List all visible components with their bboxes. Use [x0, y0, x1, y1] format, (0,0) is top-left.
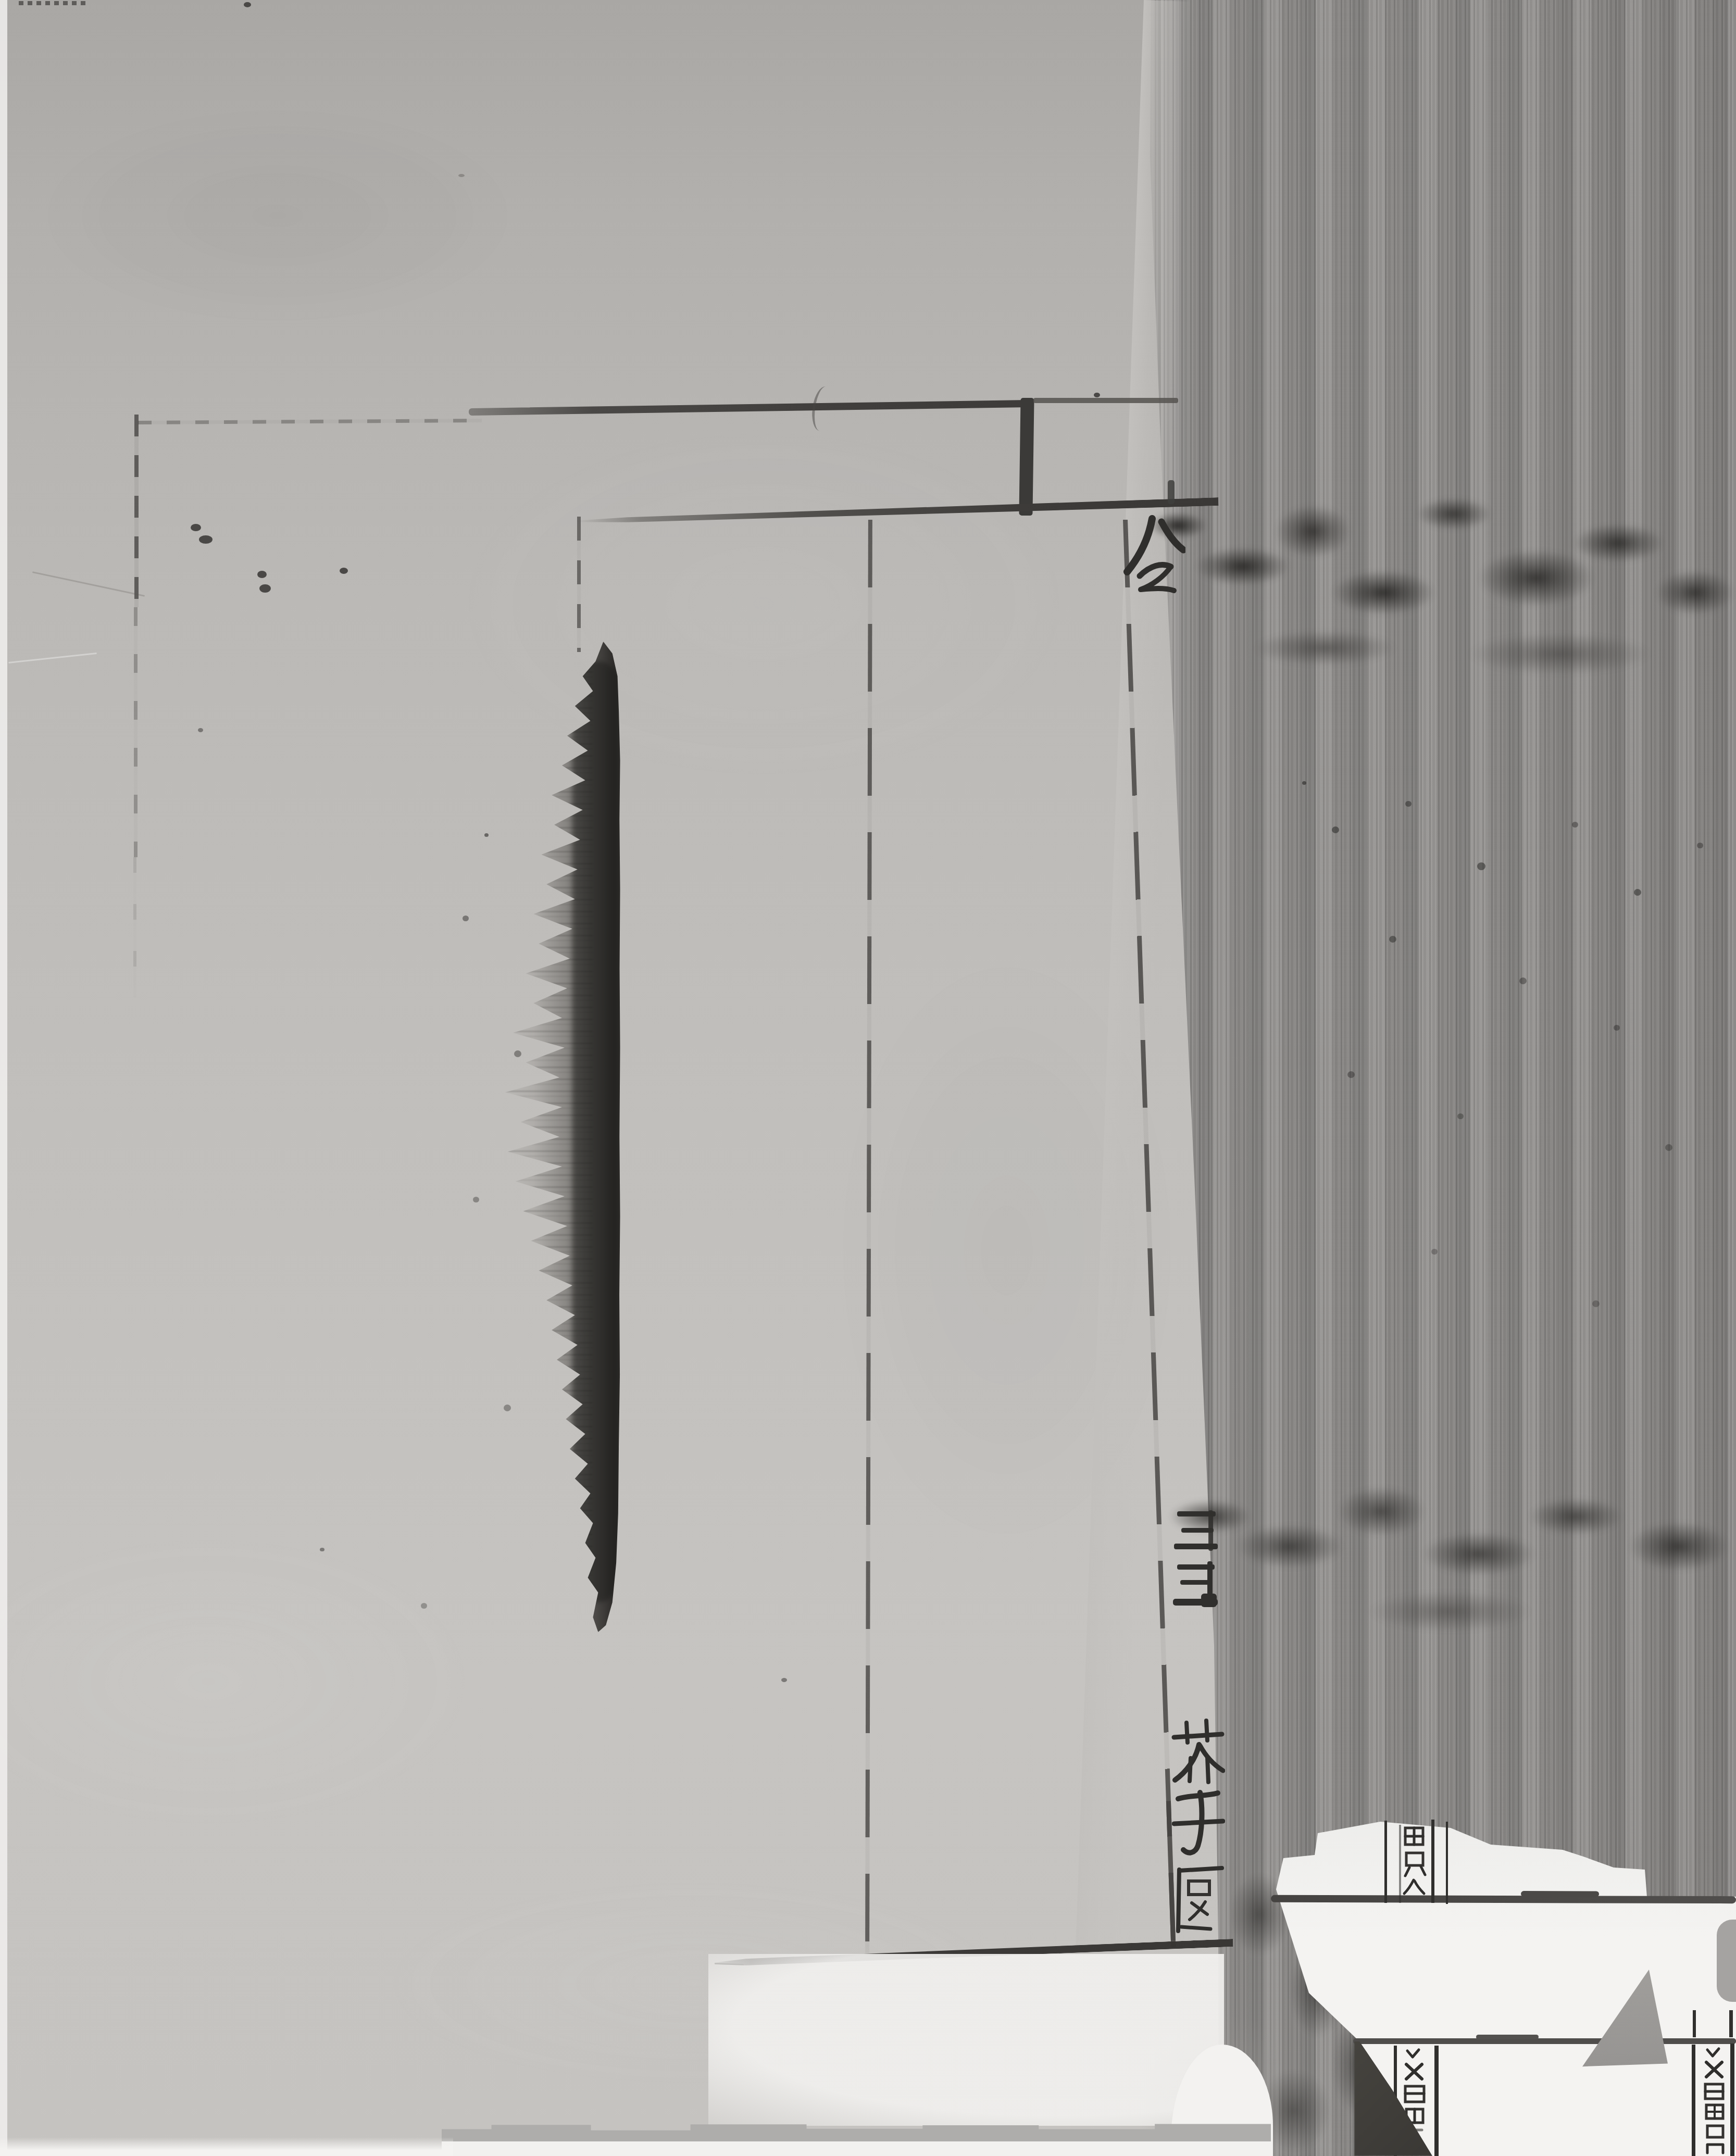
ink-bleed-cluster-middle [1164, 1417, 1736, 1666]
left-border-dashes [134, 415, 139, 607]
speck-above-frame [1094, 393, 1100, 397]
underlying-leaf-light-area [708, 1954, 1224, 2126]
left-border-dashes-fading [133, 857, 136, 998]
right-edge-gray-blob [1717, 1920, 1736, 2002]
column-rule-1 [577, 517, 581, 652]
band-speckles [1302, 781, 1306, 785]
scan-bottom-white [442, 2141, 1271, 2156]
scan-bottom-left-edge [0, 2137, 453, 2156]
ink-blotch-3 [257, 571, 267, 578]
scanned-book-page: Scanned leaf of a Chinese woodblock-prin… [0, 0, 1736, 2156]
outer-frame-corner [1019, 398, 1034, 516]
left-border-dashes-faint [134, 607, 138, 857]
scan-left-edge [0, 0, 7, 2156]
outer-frame-top-right [1033, 398, 1178, 403]
underlay-gutter-column [1381, 1816, 1454, 1905]
folio-number-glyphs [1170, 1508, 1220, 1618]
paper-speck-2 [320, 1548, 324, 1551]
smudge-outlier-specks [484, 833, 489, 837]
top-edge-artifacts [19, 1, 86, 5]
ink-bleed-cluster-top [1148, 432, 1736, 724]
character-yuan-partial [1173, 1864, 1225, 1935]
ink-blotch-4 [259, 584, 271, 593]
ink-blotch-5 [340, 568, 348, 574]
top-edge-speck [244, 2, 251, 7]
underlay-frame-line-upper [1271, 1895, 1736, 1903]
underlay-frame-line-lower [1353, 2038, 1736, 2044]
character-jie [1171, 1716, 1225, 1785]
ink-blotch-2 [199, 535, 213, 544]
paper-speck-4 [458, 174, 465, 177]
character-gong [1120, 511, 1185, 603]
paper-speck-3 [781, 1678, 787, 1682]
rule-stub-above-inner-line [1168, 480, 1175, 504]
character-zi [1172, 1786, 1225, 1859]
paper-speck-1 [198, 728, 203, 732]
ink-blotch-1 [191, 524, 201, 531]
underlay-seal-column-right [1690, 2010, 1736, 2156]
